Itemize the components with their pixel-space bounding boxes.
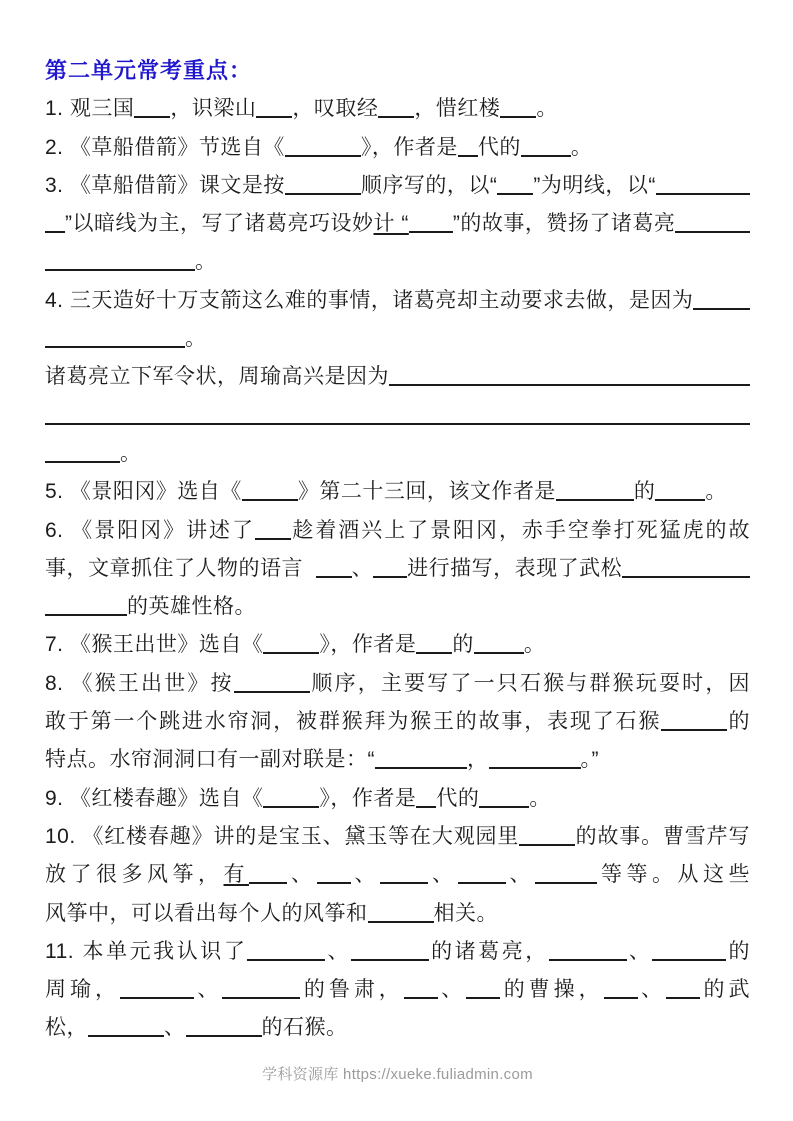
text-run: 相关。 bbox=[434, 902, 499, 925]
text-run: 》，作者是 bbox=[361, 136, 458, 159]
fill-in-blank bbox=[45, 266, 195, 271]
fill-in-blank bbox=[489, 764, 581, 769]
text-run: 》第二十三回，该文作者是 bbox=[298, 480, 556, 503]
question-11-line: 周瑜，、的鲁肃，、的曹操，、的武 bbox=[45, 971, 750, 1009]
fill-in-blank bbox=[666, 994, 700, 999]
question-7-line: 7. 《猴王出世》选自《》，作者是的。 bbox=[45, 626, 750, 664]
text-run: 代的 bbox=[436, 787, 479, 810]
watermark-footer: 学科资源库 https://xueke.fuliadmin.com bbox=[45, 1064, 750, 1086]
question-3-line: 。 bbox=[45, 243, 750, 281]
question-4-line: 。 bbox=[45, 320, 750, 358]
fill-in-blank bbox=[416, 649, 452, 654]
question-6-line: 事，文章抓住了人物的语言 、进行描写，表现了武松 bbox=[45, 550, 750, 588]
question-6-line: 的英雄性格。 bbox=[45, 588, 750, 626]
text-run: 的英雄性格。 bbox=[127, 595, 256, 618]
fill-in-blank bbox=[285, 190, 361, 195]
question-9-line: 9. 《红楼春趣》选自《》，作者是代的。 bbox=[45, 780, 750, 818]
text-run: 、 bbox=[627, 940, 653, 963]
text-run: ，识梁山 bbox=[170, 97, 256, 120]
fill-in-blank bbox=[375, 764, 467, 769]
fill-in-blank bbox=[655, 496, 705, 501]
fill-in-blank bbox=[497, 190, 533, 195]
question-8-line: 敢于第一个跳进水帘洞，被群猴拜为猴王的故事，表现了石猴的 bbox=[45, 703, 750, 741]
fill-in-blank bbox=[316, 573, 352, 578]
text-run: 等等。从这些 bbox=[597, 863, 750, 886]
question-3-line: 3. 《草船借箭》课文是按顺序写的，以“”为明线，以“ bbox=[45, 167, 750, 205]
text-run: 、 bbox=[638, 978, 666, 1001]
text-run: 。 bbox=[195, 250, 217, 273]
fill-in-blank bbox=[622, 573, 750, 578]
fill-in-blank bbox=[389, 381, 750, 386]
text-run: 》，作者是 bbox=[319, 633, 416, 656]
text-run: 4. 三天造好十万支箭这么难的事情，诸葛亮却主动要求去做，是因为 bbox=[45, 282, 693, 320]
fill-in-blank bbox=[535, 879, 597, 884]
text-run: 9. 《红楼春趣》选自《 bbox=[45, 787, 263, 810]
text-run: 1. 观三国 bbox=[45, 97, 134, 120]
text-run: 、 bbox=[351, 863, 381, 886]
text-run: ， bbox=[467, 748, 489, 771]
text-run: 、 bbox=[438, 978, 466, 1001]
fill-in-blank bbox=[263, 649, 319, 654]
fill-in-blank bbox=[378, 113, 414, 118]
text-run: 敢于第一个跳进水帘洞，被群猴拜为猴王的故事，表现了石猴 bbox=[45, 710, 661, 733]
fill-in-blank bbox=[474, 649, 524, 654]
fill-in-blank bbox=[549, 956, 627, 961]
fill-in-blank bbox=[234, 688, 310, 693]
fill-in-blank bbox=[416, 803, 436, 808]
text-run: 7. 《猴王出世》选自《 bbox=[45, 633, 263, 656]
text-run: 、 bbox=[287, 863, 317, 886]
fill-in-blank bbox=[458, 879, 506, 884]
question-2-line: 2. 《草船借箭》节选自《》，作者是代的。 bbox=[45, 129, 750, 167]
text-run: 的曹操， bbox=[500, 978, 603, 1001]
fill-in-blank bbox=[368, 918, 434, 923]
section-title: 第二单元常考重点： bbox=[45, 52, 750, 90]
fill-in-blank bbox=[45, 611, 127, 616]
text-run: ”以暗线为主，写了诸葛亮巧设妙 bbox=[65, 205, 374, 243]
fill-in-blank bbox=[409, 228, 453, 233]
question-10-line: 风筝中，可以看出每个人的风筝和相关。 bbox=[45, 895, 750, 933]
text-run: 。” bbox=[581, 748, 600, 771]
text-run: 、 bbox=[325, 940, 351, 963]
fill-in-blank bbox=[247, 956, 325, 961]
fill-in-blank bbox=[458, 152, 478, 157]
fill-in-blank bbox=[285, 152, 361, 157]
fill-in-blank bbox=[661, 726, 727, 731]
text-run: 计 “ bbox=[374, 205, 409, 243]
text-run: 、 bbox=[164, 1016, 186, 1039]
text-run: 11. 本单元我认识了 bbox=[45, 940, 247, 963]
text-run: 的诸葛亮， bbox=[429, 940, 549, 963]
question-4-line: 4. 三天造好十万支箭这么难的事情，诸葛亮却主动要求去做，是因为 bbox=[45, 282, 750, 320]
text-run: 的 bbox=[634, 480, 656, 503]
fill-in-blank bbox=[242, 496, 298, 501]
text-run: ”为明线，以“ bbox=[533, 167, 656, 205]
text-run: 放了很多风筝， bbox=[45, 863, 224, 886]
text-run: 的故事。曹雪芹写 bbox=[575, 825, 750, 848]
text-run: 、 bbox=[428, 863, 458, 886]
fill-in-blank bbox=[604, 994, 638, 999]
fill-in-blank bbox=[519, 841, 575, 846]
text-run: 诸葛亮立下军令状，周瑜高兴是因为 bbox=[45, 358, 389, 396]
fill-in-blank bbox=[373, 573, 407, 578]
question-11-line: 11. 本单元我认识了、的诸葛亮，、的 bbox=[45, 933, 750, 971]
text-run: 趁着酒兴上了景阳冈，赤手空拳打死猛虎的故 bbox=[291, 519, 750, 542]
fill-in-blank bbox=[466, 994, 500, 999]
text-run: 的 bbox=[452, 633, 474, 656]
text-run: 风筝中，可以看出每个人的风筝和 bbox=[45, 902, 368, 925]
text-run: 。 bbox=[705, 480, 727, 503]
text-run: 事，文章抓住了人物的语言 bbox=[45, 550, 316, 588]
fill-in-blank bbox=[351, 956, 429, 961]
fill-in-blank bbox=[45, 458, 120, 463]
question-3-line: ”以暗线为主，写了诸葛亮巧设妙计 “”的故事，赞扬了诸葛亮 bbox=[45, 205, 750, 243]
text-run: 、 bbox=[352, 550, 374, 588]
text-run: 。 bbox=[524, 633, 546, 656]
text-run: 的石猴。 bbox=[262, 1016, 348, 1039]
text-run: 。 bbox=[120, 442, 142, 465]
fill-in-blank bbox=[380, 879, 428, 884]
text-run: 。 bbox=[536, 97, 558, 120]
fill-in-blank bbox=[134, 113, 170, 118]
worksheet-page: 第二单元常考重点： 1. 观三国，识梁山，叹取经，惜红楼。2. 《草船借箭》节选… bbox=[0, 0, 793, 1121]
fill-in-blank bbox=[404, 994, 438, 999]
fill-in-blank bbox=[500, 113, 536, 118]
text-run: 2. 《草船借箭》节选自《 bbox=[45, 136, 285, 159]
text-run: 》，作者是 bbox=[319, 787, 416, 810]
fill-in-blank bbox=[479, 803, 529, 808]
text-run: 3. 《草船借箭》课文是按 bbox=[45, 167, 285, 205]
fill-in-blank bbox=[693, 305, 750, 310]
question-5-line: 5. 《景阳冈》选自《》第二十三回，该文作者是的。 bbox=[45, 473, 750, 511]
text-run: 的武 bbox=[700, 978, 750, 1001]
text-run: 的鲁肃， bbox=[300, 978, 403, 1001]
text-run: 5. 《景阳冈》选自《 bbox=[45, 480, 242, 503]
fill-in-blank bbox=[263, 803, 319, 808]
fill-in-blank bbox=[317, 879, 351, 884]
text-run: 顺序写的，以“ bbox=[361, 167, 498, 205]
text-run: 的 bbox=[727, 710, 750, 733]
text-run: 有 bbox=[224, 863, 250, 886]
text-run: 6. 《景阳冈》讲述了 bbox=[45, 519, 255, 542]
question-11-line: 松，、的石猴。 bbox=[45, 1009, 750, 1047]
question-4-continued-line: ​ bbox=[45, 397, 750, 435]
fill-in-blank bbox=[249, 879, 287, 884]
text-run: 松， bbox=[45, 1016, 88, 1039]
fill-in-blank bbox=[652, 956, 726, 961]
fill-in-blank bbox=[186, 1032, 262, 1037]
text-run: 代的 bbox=[478, 136, 521, 159]
fill-in-blank bbox=[120, 994, 194, 999]
text-run: 进行描写，表现了武松 bbox=[407, 550, 622, 588]
text-run: ”的故事，赞扬了诸葛亮 bbox=[453, 205, 676, 243]
text-run: 的 bbox=[726, 940, 750, 963]
question-1-line: 1. 观三国，识梁山，叹取经，惜红楼。 bbox=[45, 90, 750, 128]
text-run: 、 bbox=[194, 978, 222, 1001]
fill-in-blank bbox=[45, 228, 65, 233]
text-run: 。 bbox=[529, 787, 551, 810]
fill-in-blank bbox=[675, 228, 750, 233]
text-run: 。 bbox=[571, 136, 593, 159]
question-4-continued-line: 。 bbox=[45, 435, 750, 473]
text-run: 特点。水帘洞洞口有一副对联是：“ bbox=[45, 748, 375, 771]
fill-in-blank bbox=[222, 994, 300, 999]
text-run: 、 bbox=[506, 863, 536, 886]
fill-in-blank bbox=[521, 152, 571, 157]
document-body: 1. 观三国，识梁山，叹取经，惜红楼。2. 《草船借箭》节选自《》，作者是代的。… bbox=[45, 90, 750, 1047]
fill-in-blank bbox=[45, 420, 750, 425]
question-10-line: 放了很多风筝，有、、、、等等。从这些 bbox=[45, 856, 750, 894]
fill-in-blank bbox=[556, 496, 634, 501]
fill-in-blank bbox=[656, 190, 750, 195]
text-run: 周瑜， bbox=[45, 978, 120, 1001]
text-run: 顺序，主要写了一只石猴与群猴玩耍时，因 bbox=[310, 672, 750, 695]
question-4-continued-line: 诸葛亮立下军令状，周瑜高兴是因为 bbox=[45, 358, 750, 396]
question-8-line: 特点。水帘洞洞口有一副对联是：“，。” bbox=[45, 741, 750, 779]
fill-in-blank bbox=[256, 113, 292, 118]
fill-in-blank bbox=[88, 1032, 164, 1037]
text-run: ，惜红楼 bbox=[414, 97, 500, 120]
question-10-line: 10. 《红楼春趣》讲的是宝玉、黛玉等在大观园里的故事。曹雪芹写 bbox=[45, 818, 750, 856]
question-6-line: 6. 《景阳冈》讲述了趁着酒兴上了景阳冈，赤手空拳打死猛虎的故 bbox=[45, 512, 750, 550]
text-run: 。 bbox=[185, 327, 207, 350]
question-8-line: 8. 《猴王出世》按顺序，主要写了一只石猴与群猴玩耍时，因 bbox=[45, 665, 750, 703]
fill-in-blank bbox=[255, 535, 291, 540]
fill-in-blank bbox=[45, 343, 185, 348]
text-run: 10. 《红楼春趣》讲的是宝玉、黛玉等在大观园里 bbox=[45, 825, 519, 848]
text-run: ，叹取经 bbox=[292, 97, 378, 120]
text-run: 8. 《猴王出世》按 bbox=[45, 672, 234, 695]
